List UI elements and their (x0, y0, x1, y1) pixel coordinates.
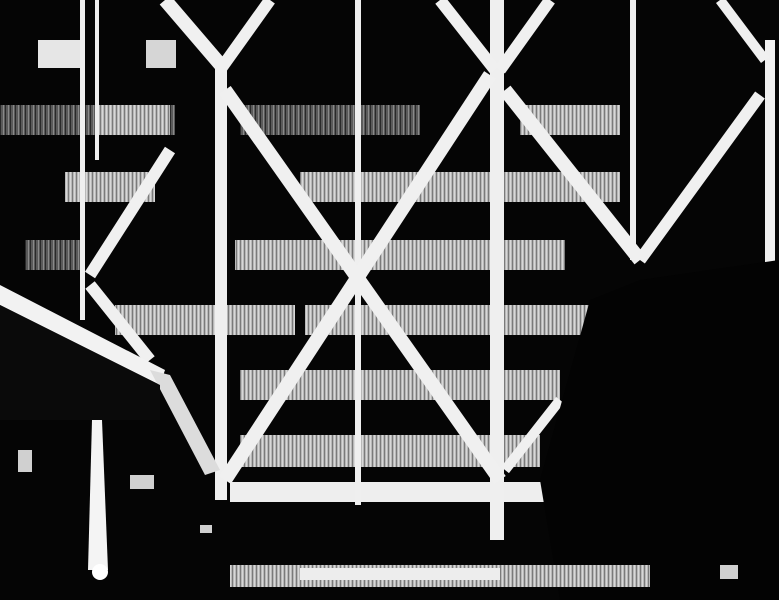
street-level-glow (300, 568, 500, 580)
building-facade-photo (0, 0, 779, 600)
